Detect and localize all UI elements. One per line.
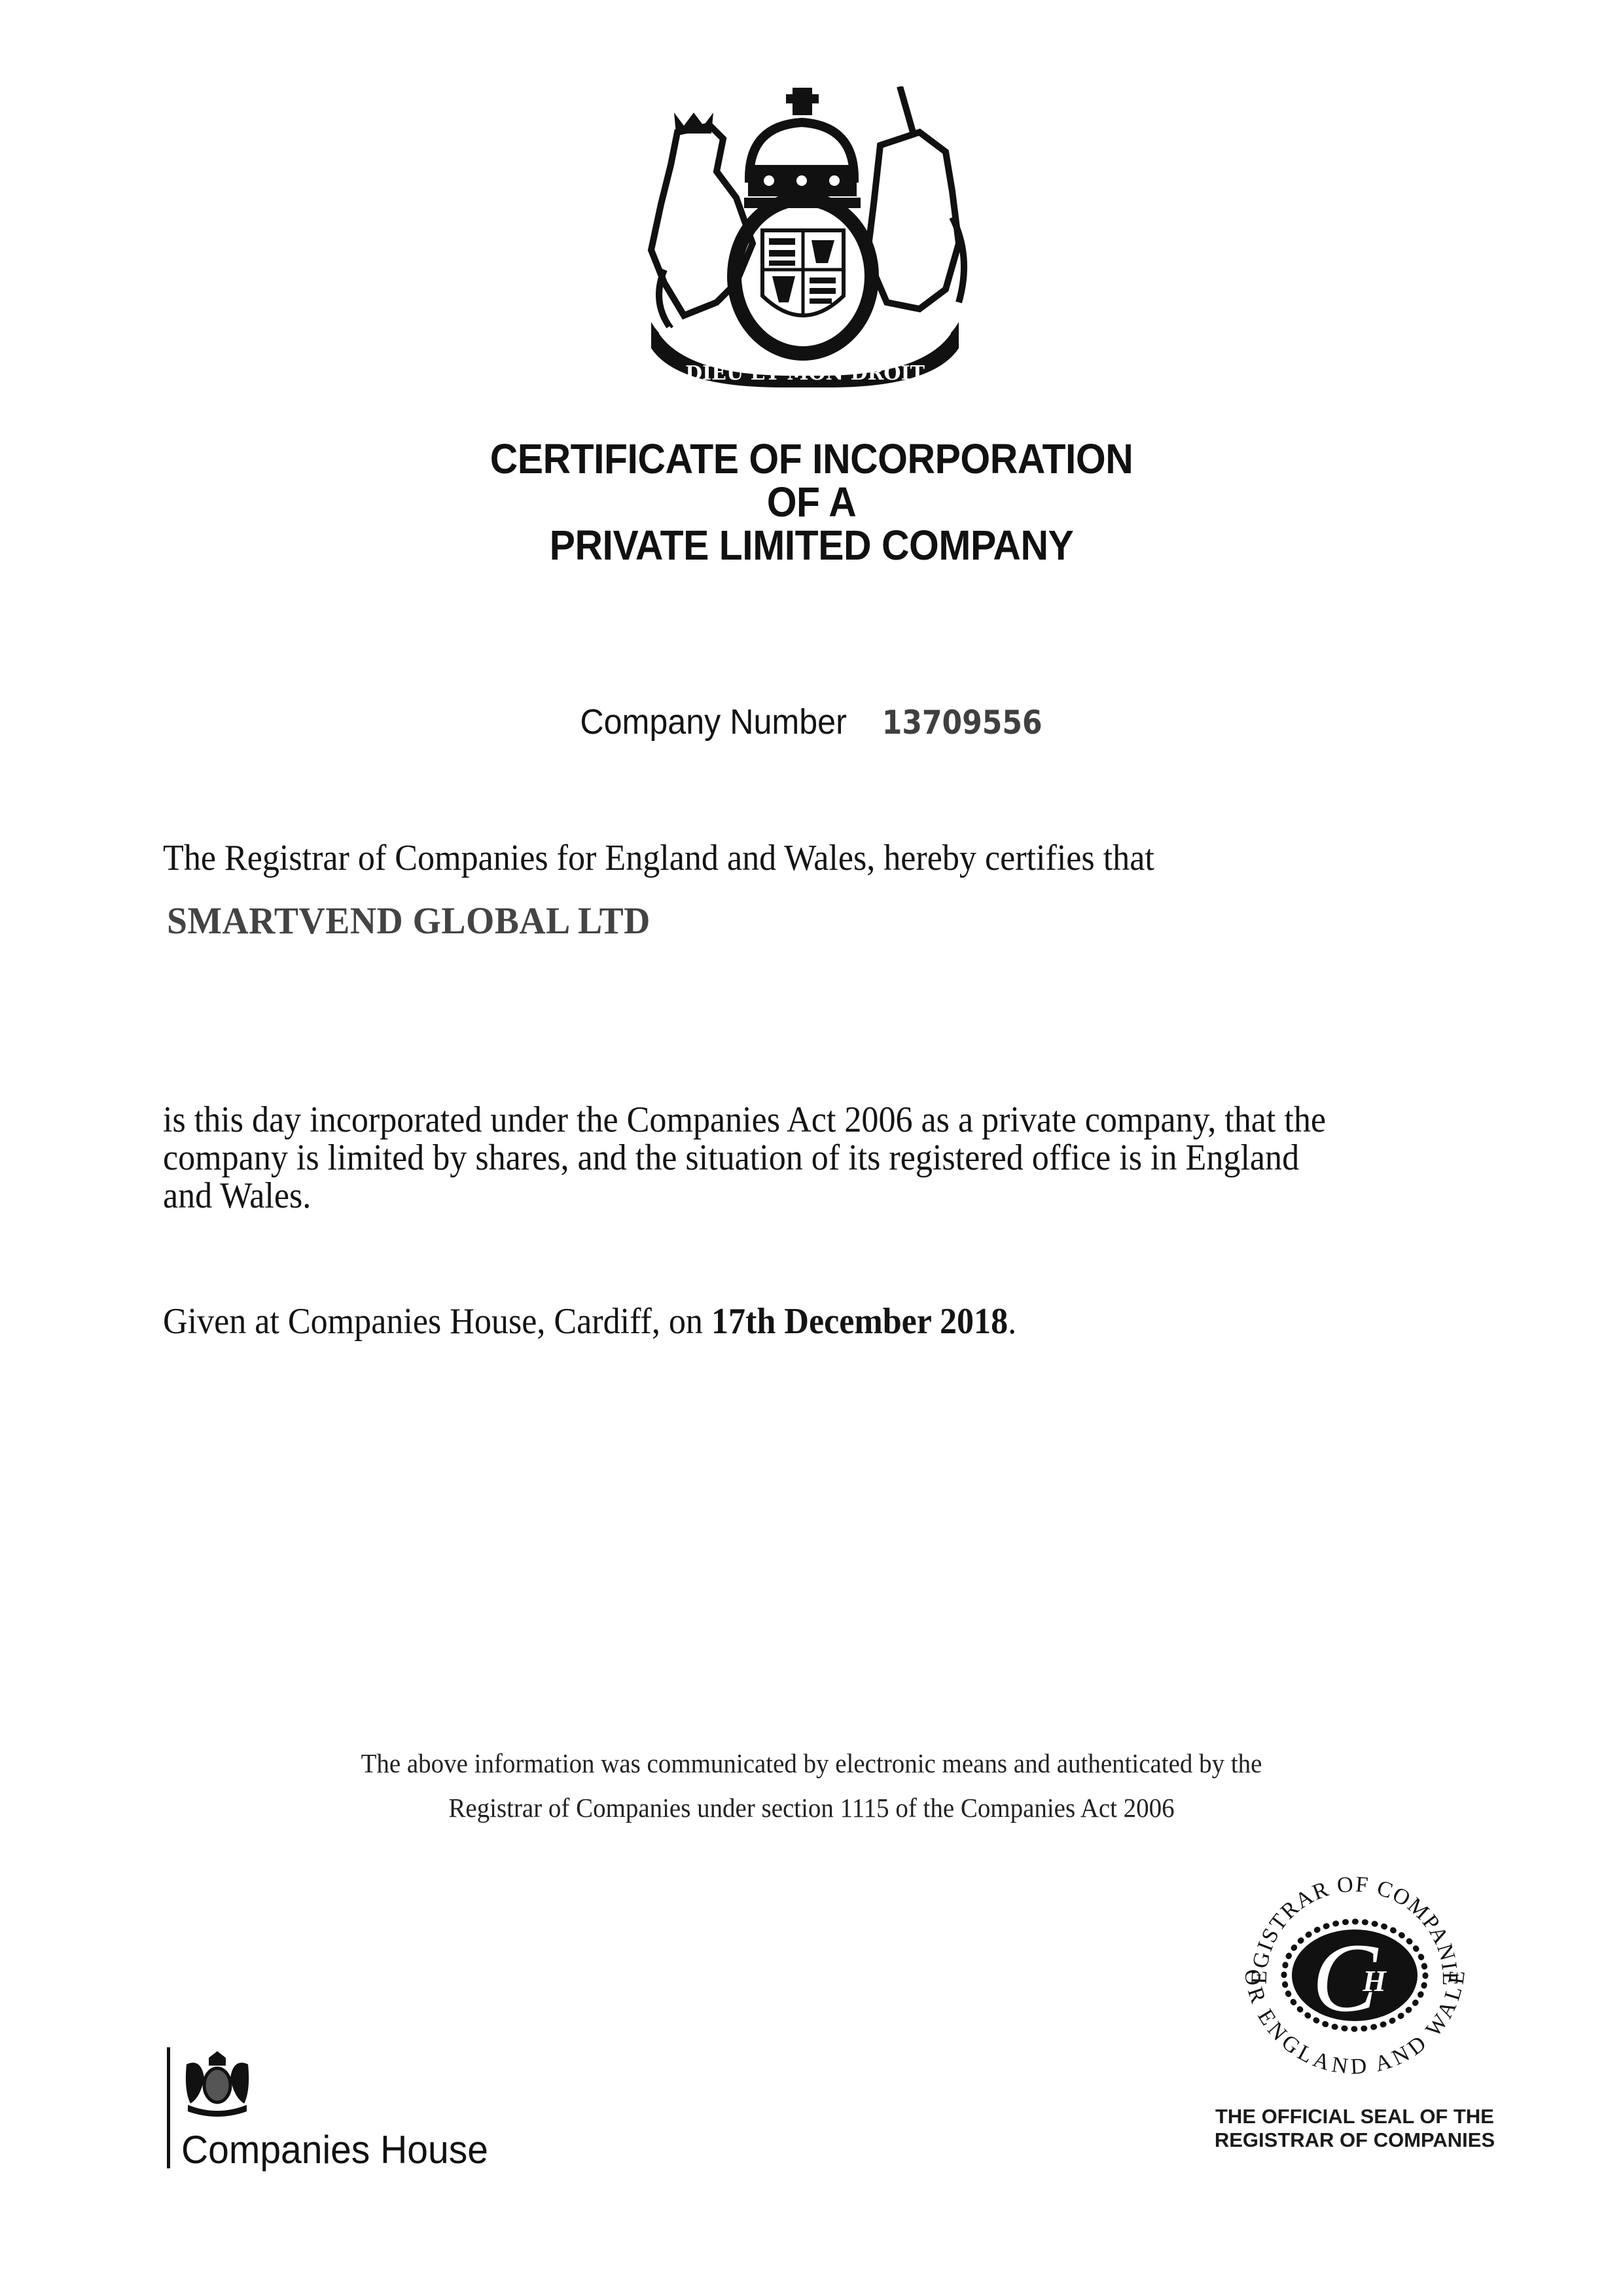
title-line-2: OF A [65,480,1558,524]
incorporation-paragraph: is this day incorporated under the Compa… [163,1101,1472,1215]
authentication-note: The above information was communicated b… [0,1741,1623,1830]
certificate-title: CERTIFICATE OF INCORPORATION OF A PRIVAT… [0,437,1623,567]
company-number-label: Company Number [580,702,846,742]
auth-line-2: Registrar of Companies under section 111… [41,1785,1582,1830]
seal-caption: THE OFFICIAL SEAL OF THE REGISTRAR OF CO… [1198,2105,1512,2152]
incorporation-line-3: and Wales. [163,1177,1380,1215]
official-seal-icon: REGISTRAR OF COMPANIES FOR ENGLAND AND W… [1240,1865,1469,2081]
royal-coat-of-arms-icon: DIEU ET MON DROIT [638,86,972,387]
given-at-statement: Given at Companies House, Cardiff, on 17… [163,1302,1016,1340]
company-number-value: 13709556 [882,704,1043,742]
incorporation-line-1: is this day incorporated under the Compa… [163,1101,1380,1139]
company-number-row: Company Number 13709556 [0,702,1623,742]
svg-text:H: H [1362,1964,1387,1998]
logo-wordmark: Companies House [181,2127,488,2172]
logo-divider-bar [167,2047,170,2168]
given-suffix: . [1008,1301,1016,1342]
incorporation-line-2: company is limited by shares, and the si… [163,1139,1380,1177]
svg-text:DIEU ET MON DROIT: DIEU ET MON DROIT [685,362,925,385]
title-line-3: PRIVATE LIMITED COMPANY [65,524,1558,567]
given-prefix: Given at Companies House, Cardiff, on [163,1301,711,1342]
seal-caption-line-2: REGISTRAR OF COMPANIES [1198,2128,1512,2152]
seal-caption-line-1: THE OFFICIAL SEAL OF THE [1198,2105,1512,2128]
crest-icon [181,2051,253,2117]
companies-house-logo: Companies House [167,2047,533,2178]
auth-line-1: The above information was communicated b… [41,1741,1582,1785]
title-line-1: CERTIFICATE OF INCORPORATION [65,437,1558,480]
certify-statement: The Registrar of Companies for England a… [163,839,1154,877]
company-name: SMARTVEND GLOBAL LTD [167,899,651,942]
incorporation-date: 17th December 2018 [711,1301,1008,1342]
